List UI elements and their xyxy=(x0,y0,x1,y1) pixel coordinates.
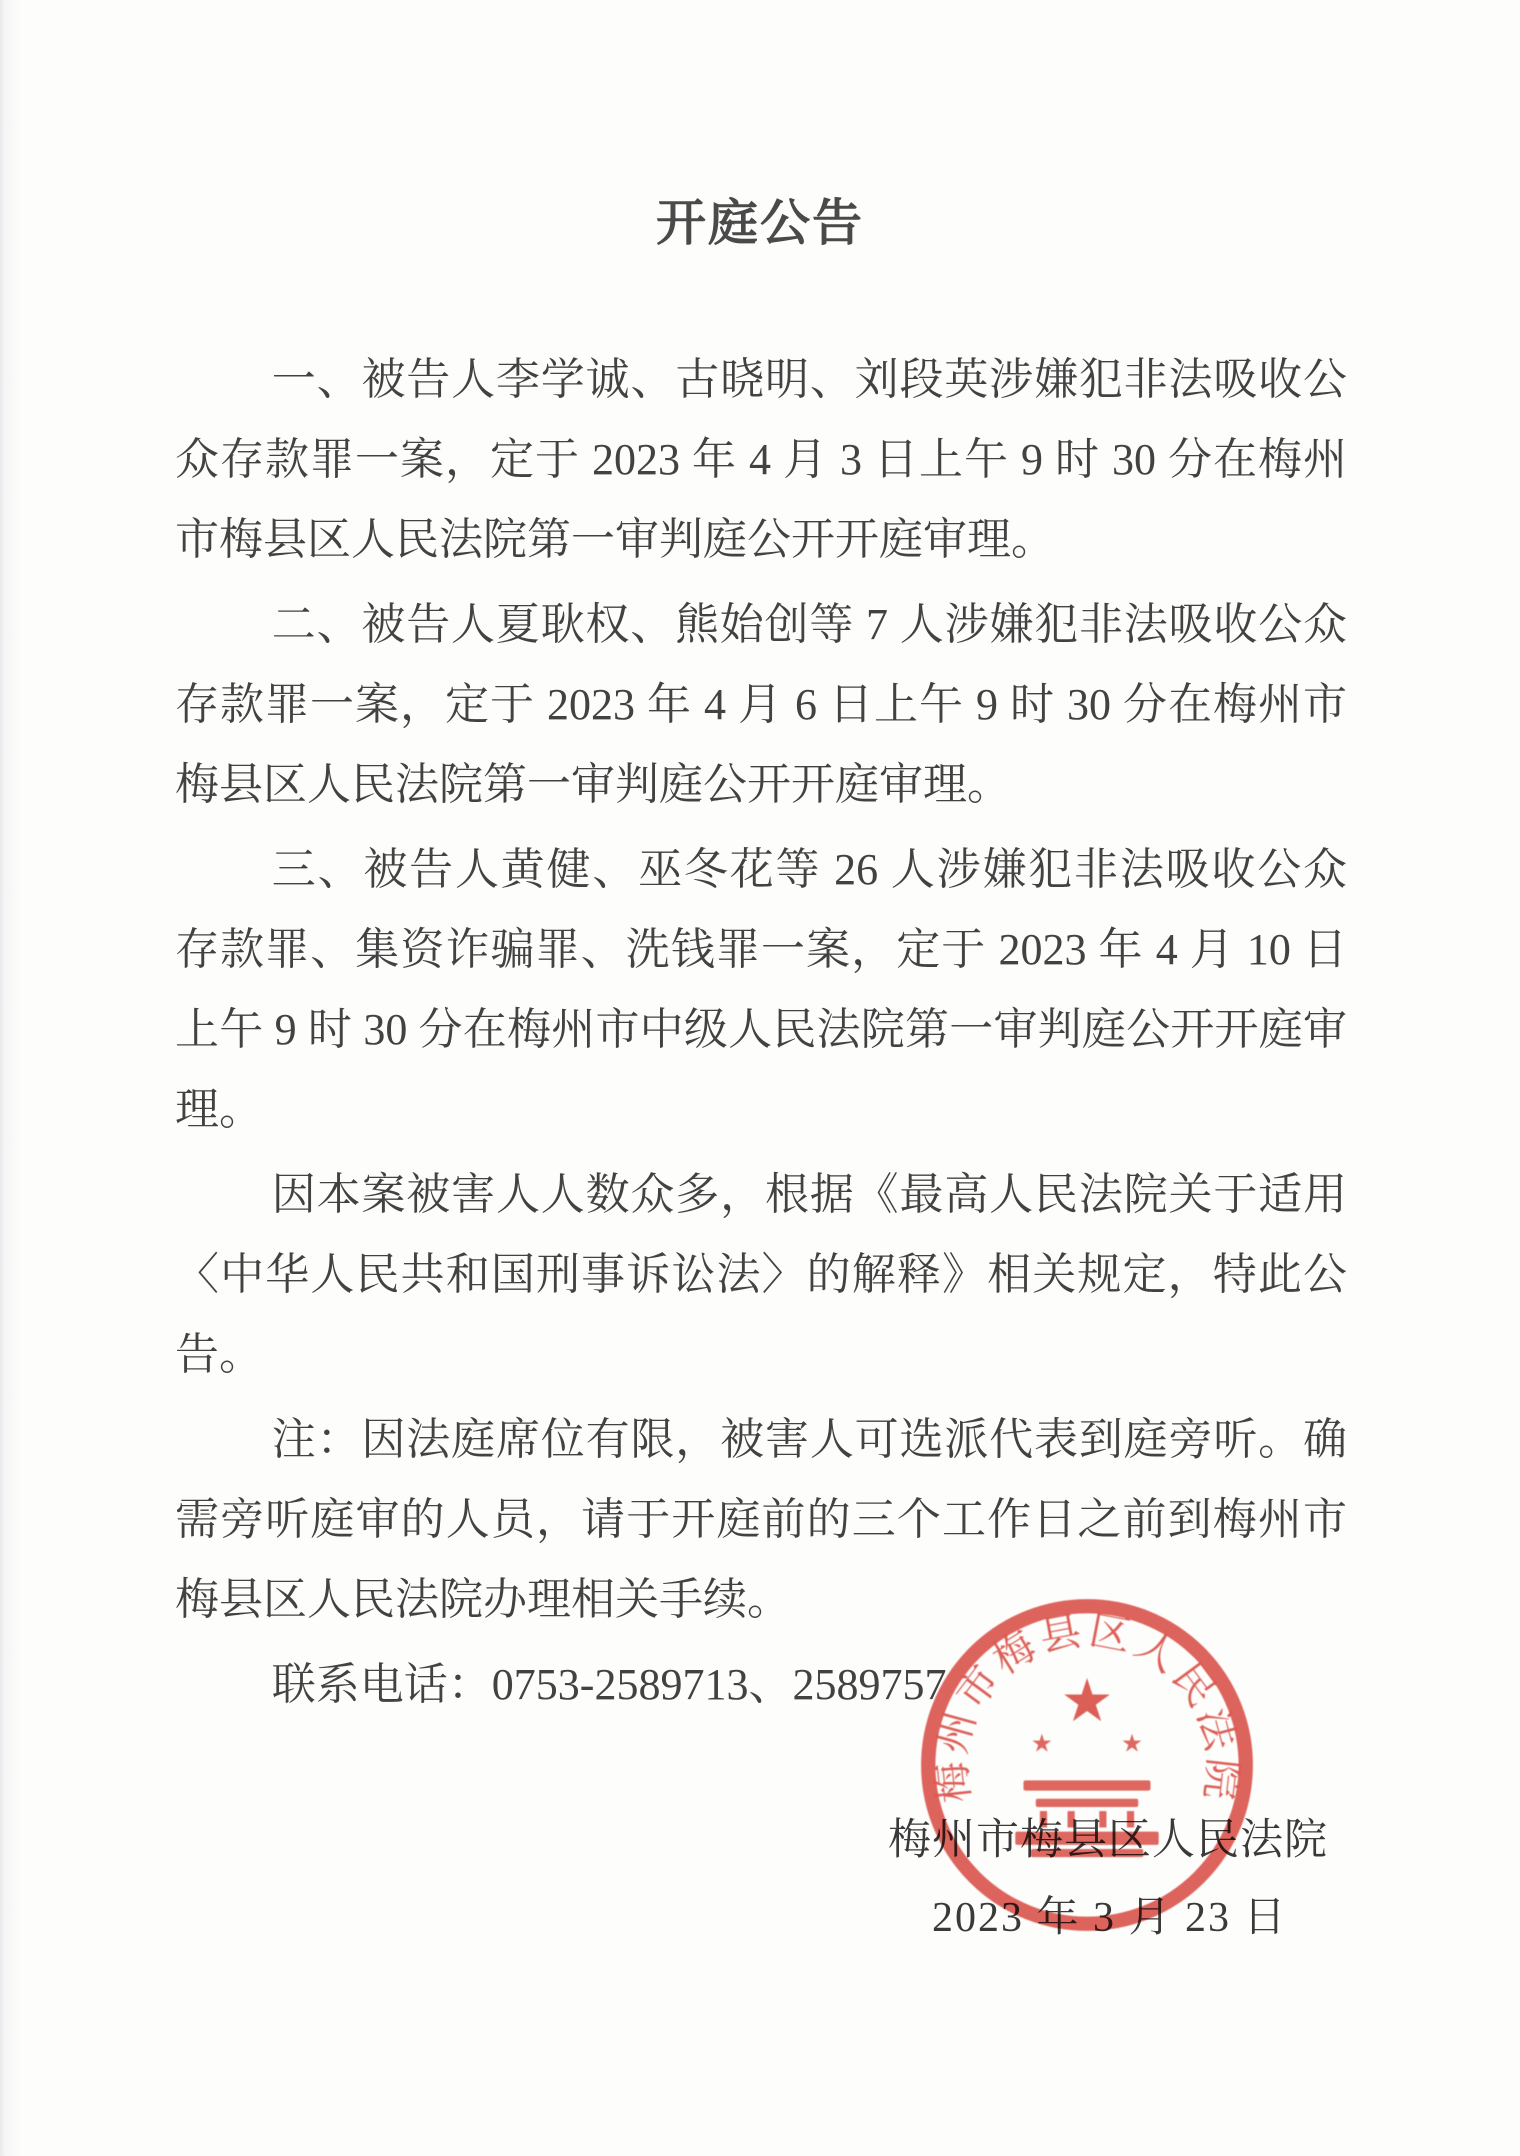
notice-body: 一、被告人李学诚、古晓明、刘段英涉嫌犯非法吸收公众存款罪一案，定于 2023 年… xyxy=(175,340,1347,1730)
seal-big-star-icon: ★ xyxy=(1060,1668,1113,1734)
paragraph-case-2: 二、被告人夏耿权、熊始创等 7 人涉嫌犯非法吸收公众存款罪一案，定于 2023 … xyxy=(175,585,1347,825)
seal-gate-emblem xyxy=(1015,1780,1158,1857)
seal-ring xyxy=(928,1606,1246,1924)
seal-small-star-icon: ★ xyxy=(1031,1731,1053,1758)
paragraph-case-1: 一、被告人李学诚、古晓明、刘段英涉嫌犯非法吸收公众存款罪一案，定于 2023 年… xyxy=(175,340,1347,580)
scanned-court-notice-page: 开庭公告 一、被告人李学诚、古晓明、刘段英涉嫌犯非法吸收公众存款罪一案，定于 2… xyxy=(0,0,1520,2156)
seal-small-star-icon: ★ xyxy=(1121,1731,1143,1758)
paragraph-case-3: 三、被告人黄健、巫冬花等 26 人涉嫌犯非法吸收公众存款罪、集资诈骗罪、洗钱罪一… xyxy=(175,830,1347,1150)
document-title: 开庭公告 xyxy=(0,183,1520,255)
official-court-seal: 梅州市梅县区人民法院 ★ ★ ★ xyxy=(918,1596,1256,1934)
paragraph-legal-basis: 因本案被害人人数众多，根据《最高人民法院关于适用〈中华人民共和国刑事诉讼法〉的解… xyxy=(175,1155,1347,1395)
